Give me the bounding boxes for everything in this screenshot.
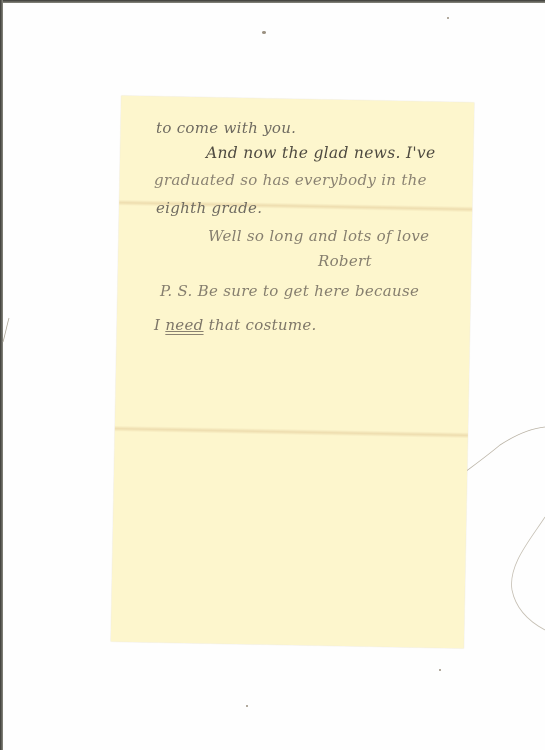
scanned-page: to come with you. And now the glad news.… [0,0,545,750]
dust-speck [262,31,266,34]
underlined-word: need [165,316,203,334]
letter-paper: to come with you. And now the glad news.… [111,96,474,649]
scanner-edge-left [0,0,3,750]
letter-body: to come with you. And now the glad news.… [116,99,469,645]
letter-line: And now the glad news. I've [206,144,435,162]
postscript-rest: that costume. [209,316,317,334]
dust-speck [246,705,248,707]
scanner-edge-top [0,0,545,3]
closing-line: Well so long and lots of love [208,227,429,245]
dust-speck [447,17,449,19]
letter-line: graduated so has everybody in the [154,171,427,189]
signature: Robert [318,252,372,270]
letter-line: eighth grade. [156,199,262,217]
postscript-prefix: I [154,316,160,334]
letter-line: to come with you. [156,119,296,137]
postscript-line: P. S. Be sure to get here because [160,282,419,300]
dust-speck [439,669,441,671]
postscript-line-2: I need that costume. [154,316,317,334]
